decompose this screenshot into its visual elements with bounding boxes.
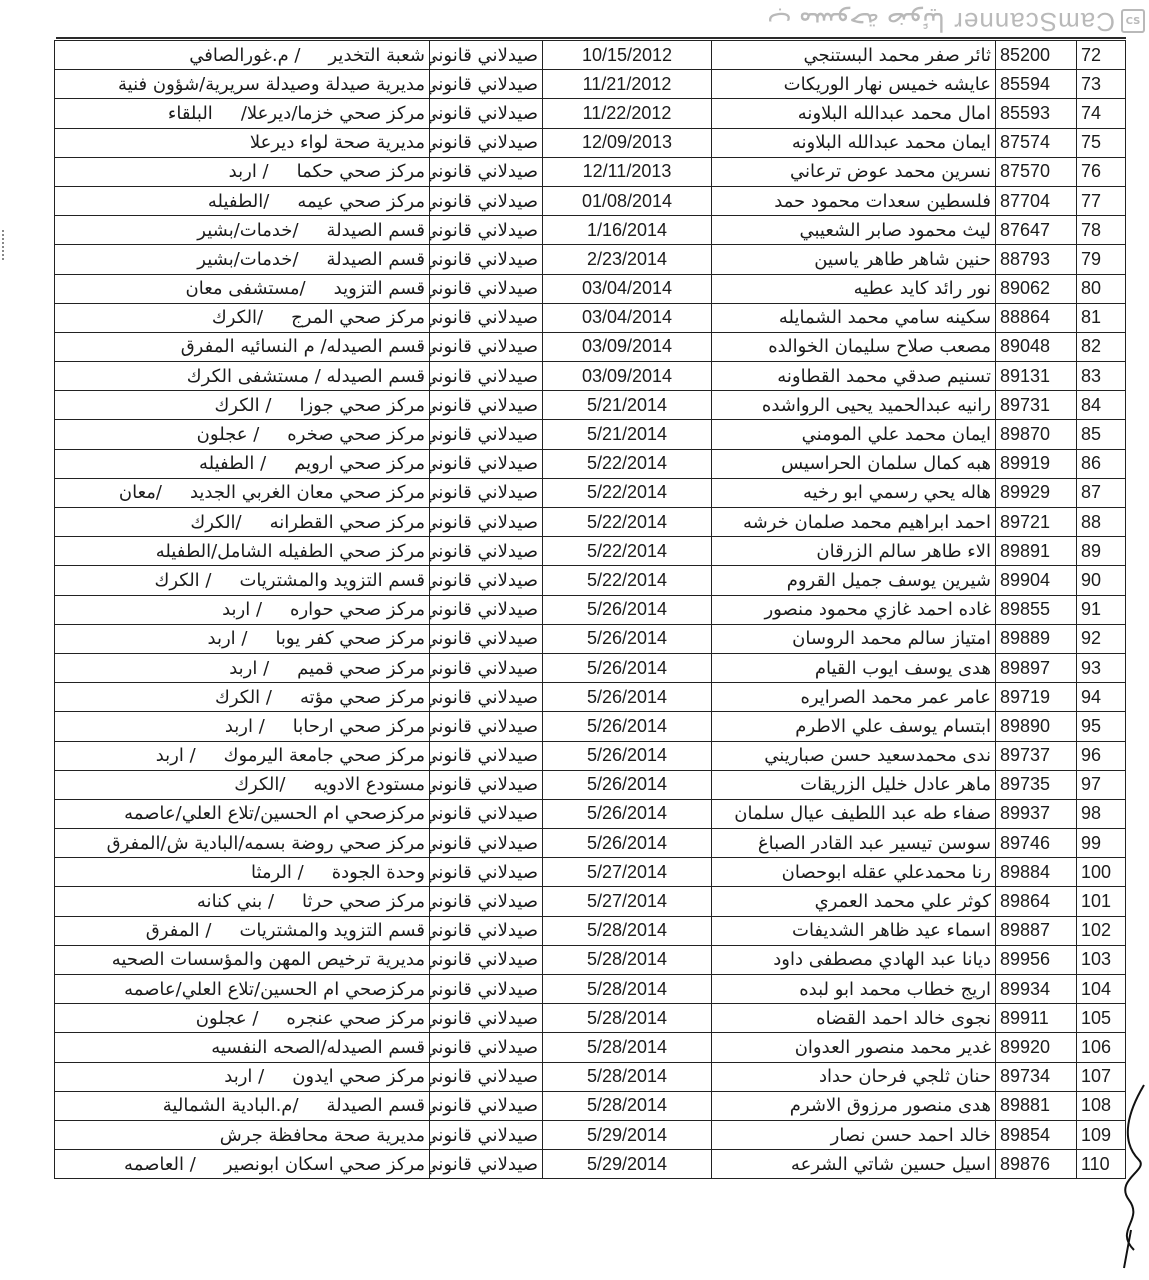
table-row: 82 89048 مصعب صلاح سليمان الخوالده 03/09… (55, 332, 1126, 361)
employee-name-cell: نسرين محمد عوض ترعاني (712, 157, 996, 186)
workplace-cell: مركز صحي خزما/ديرعلا/البلقاء (55, 99, 430, 128)
employee-name-cell: الاء طاهر سالم الزرقان (712, 537, 996, 566)
row-index-cell: 106 (1077, 1033, 1126, 1062)
workplace-cell: مركزصحي ام الحسين/تلاع العلي/عاصمه (55, 975, 430, 1004)
employee-name-cell: امال محمد عبدالله البلاونه (712, 99, 996, 128)
row-index-cell: 81 (1077, 303, 1126, 332)
employee-name-cell: ديانا عبد الهادي مصطفى داود (712, 945, 996, 974)
table-row: 99 89746 سوسن تيسير عبد القادر الصباغ 5/… (55, 829, 1126, 858)
appointment-date-cell: 5/27/2014 (543, 887, 712, 916)
appointment-date-cell: 5/26/2014 (543, 653, 712, 682)
appointment-date-cell: 5/28/2014 (543, 1004, 712, 1033)
workplace-location: / اربد (222, 599, 262, 620)
employee-number-cell: 89131 (996, 362, 1077, 391)
row-index-cell: 83 (1077, 362, 1126, 391)
employee-number-cell: 89721 (996, 508, 1077, 537)
workplace-cell: قسم التزويد والمشتريات/ الكرك (55, 566, 430, 595)
employee-number-cell: 87647 (996, 216, 1077, 245)
employee-number-cell: 89889 (996, 624, 1077, 653)
job-title-cell: صيدلاني قانوني (430, 99, 543, 128)
workplace-unit: مركز صحي حواره (290, 599, 425, 620)
workplace-unit: مركز صحي قميم (297, 658, 425, 679)
appointment-date-cell: 5/22/2014 (543, 566, 712, 595)
job-title-cell: صيدلاني قانوني (430, 770, 543, 799)
table-row: 85 89870 ايمان محمد علي المومني 5/21/201… (55, 420, 1126, 449)
employee-name-cell: كوثر علي محمد العمري (712, 887, 996, 916)
workplace-location: / اربد (229, 161, 269, 182)
appointment-date-cell: 5/28/2014 (543, 1091, 712, 1120)
table-row: 77 87704 فلسطين سعدات محمود حمد 01/08/20… (55, 186, 1126, 215)
workplace-location: /معان (119, 482, 162, 503)
employee-number-cell: 88864 (996, 303, 1077, 332)
workplace-cell: مركز صحي حكما/ اربد (55, 157, 430, 186)
job-title-cell: صيدلاني قانوني (430, 274, 543, 303)
appointment-date-cell: 5/27/2014 (543, 858, 712, 887)
table-row: 80 89062 نور رائد كايد عطيه 03/04/2014 ص… (55, 274, 1126, 303)
employee-number-cell: 89735 (996, 770, 1077, 799)
table-row: 78 87647 ليث محمود صابر الشعيبي 1/16/201… (55, 216, 1126, 245)
employee-name-cell: ابتسام يوسف علي الاطرم (712, 712, 996, 741)
workplace-cell: مستودع الادويه/الكرك (55, 770, 430, 799)
row-index-cell: 85 (1077, 420, 1126, 449)
table-row: 97 89735 ماهر عادل خليل الزريقات 5/26/20… (55, 770, 1126, 799)
employee-number-cell: 89719 (996, 683, 1077, 712)
appointment-date-cell: 5/22/2014 (543, 537, 712, 566)
employee-number-cell: 89911 (996, 1004, 1077, 1033)
table-row: 73 85594 عايشه خميس نهار الوريكات 11/21/… (55, 70, 1126, 99)
table-row: 94 89719 عامر عمر محمد الصرايره 5/26/201… (55, 683, 1126, 712)
workplace-unit: مديرية صحة لواء ديرعلا (250, 132, 425, 153)
employee-number-cell: 89854 (996, 1120, 1077, 1149)
employee-name-cell: نور رائد كايد عطيه (712, 274, 996, 303)
table-row: 91 89855 غاده احمد غازي محمود منصور 5/26… (55, 595, 1126, 624)
appointment-date-cell: 1/16/2014 (543, 216, 712, 245)
employee-name-cell: اسيل حسين شاتي الشرعه (712, 1150, 996, 1179)
row-index-cell: 79 (1077, 245, 1126, 274)
workplace-unit: مركز صحي القطرانه (270, 512, 425, 533)
row-index-cell: 93 (1077, 653, 1126, 682)
table-row: 109 89854 خالد احمد حسن نصار 5/29/2014 ص… (55, 1120, 1126, 1149)
row-index-cell: 76 (1077, 157, 1126, 186)
employee-name-cell: احمد ابراهيم محمد صلمان خرشه (712, 508, 996, 537)
appointment-date-cell: 5/29/2014 (543, 1150, 712, 1179)
table-row: 86 89919 هبه كمال سلمان الحراسيس 5/22/20… (55, 449, 1126, 478)
appointment-date-cell: 03/09/2014 (543, 362, 712, 391)
job-title-cell: صيدلاني قانوني (430, 1120, 543, 1149)
table-row: 81 88864 سكينه سامي محمد الشمايله 03/04/… (55, 303, 1126, 332)
scan-margin-marks (2, 230, 10, 260)
workplace-unit: قسم الصيدله/الصحه النفسيه (211, 1037, 425, 1058)
row-index-cell: 87 (1077, 478, 1126, 507)
workplace-cell: مركز صحي ارويم/ الطفيله (55, 449, 430, 478)
workplace-unit: مركز صحي حكما (297, 161, 425, 182)
employee-name-cell: رنا محمدعلي عقله ابوحصان (712, 858, 996, 887)
employee-number-cell: 89731 (996, 391, 1077, 420)
appointment-date-cell: 03/09/2014 (543, 332, 712, 361)
appointment-date-cell: 5/28/2014 (543, 1062, 712, 1091)
workplace-cell: مركز صحي مؤته/ الكرك (55, 683, 430, 712)
handwritten-signature-icon (1109, 1080, 1149, 1270)
workplace-location: / العاصمه (124, 1154, 196, 1175)
appointment-date-cell: 5/26/2014 (543, 712, 712, 741)
appointment-date-cell: 5/22/2014 (543, 508, 712, 537)
employee-name-cell: امتياز سالم محمد الروسان (712, 624, 996, 653)
row-index-cell: 103 (1077, 945, 1126, 974)
employee-number-cell: 89876 (996, 1150, 1077, 1179)
row-index-cell: 77 (1077, 186, 1126, 215)
workplace-cell: مركز صحي حرثا/ بني كنانه (55, 887, 430, 916)
employee-name-cell: نجوى خالد احمد القضاه (712, 1004, 996, 1033)
appointment-date-cell: 5/28/2014 (543, 1033, 712, 1062)
workplace-unit: مديرية صيدلة وصيدلة سريرية/شؤون فنية (118, 74, 425, 95)
job-title-cell: صيدلاني قانوني (430, 1091, 543, 1120)
row-index-cell: 102 (1077, 916, 1126, 945)
employee-number-cell: 85200 (996, 41, 1077, 70)
workplace-cell: قسم الصيدله/ م النسائيه المفرق (55, 332, 430, 361)
workplace-cell: مركز صحي المرج/الكرك (55, 303, 430, 332)
row-index-cell: 99 (1077, 829, 1126, 858)
job-title-cell: صيدلاني قانوني (430, 653, 543, 682)
workplace-unit: مركز صحي جوزا (299, 395, 425, 416)
row-index-cell: 97 (1077, 770, 1126, 799)
appointment-date-cell: 10/15/2012 (543, 41, 712, 70)
table-row: 87 89929 هاله يحي رسمي ابو رخيه 5/22/201… (55, 478, 1126, 507)
workplace-location: / الكرك (214, 395, 271, 416)
appointment-date-cell: 12/09/2013 (543, 128, 712, 157)
workplace-cell: مركز صحي جامعة اليرموك/ اربد (55, 741, 430, 770)
workplace-unit: مركز صحي مؤته (300, 687, 425, 708)
appointment-date-cell: 5/28/2014 (543, 916, 712, 945)
employee-name-cell: رانيه عبدالحميد يحيى الرواشده (712, 391, 996, 420)
job-title-cell: صيدلاني قانوني (430, 595, 543, 624)
job-title-cell: صيدلاني قانوني (430, 391, 543, 420)
table-row: 88 89721 احمد ابراهيم محمد صلمان خرشه 5/… (55, 508, 1126, 537)
job-title-cell: صيدلاني قانوني (430, 916, 543, 945)
employee-number-cell: 89746 (996, 829, 1077, 858)
table-row: 84 89731 رانيه عبدالحميد يحيى الرواشده 5… (55, 391, 1126, 420)
workplace-location: / اربد (208, 628, 248, 649)
employee-name-cell: فلسطين سعدات محمود حمد (712, 186, 996, 215)
job-title-cell: صيدلاني قانوني (430, 858, 543, 887)
workplace-cell: مركز صحي روضة بسمه/البادية ش/المفرق (55, 829, 430, 858)
appointment-date-cell: 03/04/2014 (543, 303, 712, 332)
employee-number-cell: 89920 (996, 1033, 1077, 1062)
row-index-cell: 94 (1077, 683, 1126, 712)
employee-number-cell: 89934 (996, 975, 1077, 1004)
table-row: 79 88793 حنين شاهر طاهر ياسين 2/23/2014 … (55, 245, 1126, 274)
workplace-unit: قسم التزويد (334, 278, 425, 299)
table-row: 90 89904 شيرين يوسف جميل القروم 5/22/201… (55, 566, 1126, 595)
job-title-cell: صيدلاني قانوني (430, 741, 543, 770)
workplace-cell: وحدة الجودة/ الرمثا (55, 858, 430, 887)
job-title-cell: صيدلاني قانوني (430, 420, 543, 449)
job-title-cell: صيدلاني قانوني (430, 1033, 543, 1062)
employee-number-cell: 89904 (996, 566, 1077, 595)
workplace-cell: قسم التزويد والمشتريات/ المفرق (55, 916, 430, 945)
appointment-date-cell: 5/26/2014 (543, 683, 712, 712)
job-title-cell: صيدلاني قانوني (430, 1062, 543, 1091)
workplace-unit: مركز صحي ايدون (292, 1066, 425, 1087)
workplace-location: / اربد (225, 716, 265, 737)
workplace-unit: مركز صحي الطفيله الشامل/الطفيله (156, 541, 425, 562)
workplace-location: / م.غورالصافي (189, 45, 300, 66)
job-title-cell: صيدلاني قانوني (430, 303, 543, 332)
employee-number-cell: 85593 (996, 99, 1077, 128)
row-index-cell: 74 (1077, 99, 1126, 128)
row-index-cell: 75 (1077, 128, 1126, 157)
table-row: 96 89737 ندى محمدسعيد حسن صباريني 5/26/2… (55, 741, 1126, 770)
appointment-date-cell: 11/21/2012 (543, 70, 712, 99)
workplace-unit: مستودع الادويه (313, 774, 425, 795)
appointment-date-cell: 03/04/2014 (543, 274, 712, 303)
job-title-cell: صيدلاني قانوني (430, 245, 543, 274)
appointment-date-cell: 5/26/2014 (543, 595, 712, 624)
workplace-cell: قسم التزويد/مستشفى معان (55, 274, 430, 303)
camscanner-logo-icon: CS (1121, 10, 1145, 34)
table-row: 72 85200 ثائر صفر محمد البستنجي 10/15/20… (55, 41, 1126, 70)
job-title-cell: صيدلاني قانوني (430, 128, 543, 157)
workplace-cell: قسم الصيدلة/خدمات/بشير (55, 216, 430, 245)
table-row: 95 89890 ابتسام يوسف علي الاطرم 5/26/201… (55, 712, 1126, 741)
table-row: 104 89934 اريج خطاب محمد ابو لبده 5/28/2… (55, 975, 1126, 1004)
employee-number-cell: 89062 (996, 274, 1077, 303)
job-title-cell: صيدلاني قانوني (430, 1150, 543, 1179)
row-index-cell: 72 (1077, 41, 1126, 70)
job-title-cell: صيدلاني قانوني (430, 799, 543, 828)
job-title-cell: صيدلاني قانوني (430, 186, 543, 215)
employee-name-cell: ايمان محمد علي المومني (712, 420, 996, 449)
workplace-unit: مركز صحي اسكان ابونصير (224, 1154, 425, 1175)
employee-name-cell: اسماء عيد ظاهر الشديفات (712, 916, 996, 945)
employee-number-cell: 89956 (996, 945, 1077, 974)
workplace-unit: قسم التزويد والمشتريات (239, 920, 425, 941)
table-row: 92 89889 امتياز سالم محمد الروسان 5/26/2… (55, 624, 1126, 653)
employee-number-cell: 89937 (996, 799, 1077, 828)
employee-name-cell: ندى محمدسعيد حسن صباريني (712, 741, 996, 770)
workplace-cell: مركز صحي حواره/ اربد (55, 595, 430, 624)
appointment-date-cell: 5/21/2014 (543, 391, 712, 420)
employee-name-cell: هبه كمال سلمان الحراسيس (712, 449, 996, 478)
table-row: 74 85593 امال محمد عبدالله البلاونه 11/2… (55, 99, 1126, 128)
row-index-cell: 86 (1077, 449, 1126, 478)
row-index-cell: 101 (1077, 887, 1126, 916)
row-index-cell: 84 (1077, 391, 1126, 420)
workplace-cell: مديرية صحة محافظة جرش (55, 1120, 430, 1149)
workplace-cell: مركز صحي قميم/ اربد (55, 653, 430, 682)
employee-name-cell: مصعب صلاح سليمان الخوالده (712, 332, 996, 361)
row-index-cell: 73 (1077, 70, 1126, 99)
employee-name-cell: هدى يوسف ايوب القيام (712, 653, 996, 682)
table-row: 83 89131 تسنيم صدقي محمد القطاونه 03/09/… (55, 362, 1126, 391)
workplace-location: / المفرق (146, 920, 212, 941)
employee-number-cell: 89891 (996, 537, 1077, 566)
workplace-location: / عجلون (196, 1008, 259, 1029)
workplace-location: / بني كنانه (197, 891, 274, 912)
camscanner-watermark: CamScanner ب مسوحة ضوئيا CS (767, 6, 1145, 37)
pharmacist-roster-table: 72 85200 ثائر صفر محمد البستنجي 10/15/20… (54, 40, 1126, 1179)
employee-name-cell: اريج خطاب محمد ابو لبده (712, 975, 996, 1004)
employee-number-cell: 89737 (996, 741, 1077, 770)
employee-name-cell: سكينه سامي محمد الشمايله (712, 303, 996, 332)
row-index-cell: 89 (1077, 537, 1126, 566)
workplace-location: /الكرك (190, 512, 241, 533)
table-row: 103 89956 ديانا عبد الهادي مصطفى داود 5/… (55, 945, 1126, 974)
table-row: 107 89734 حنان ثلجي فرحان حداد 5/28/2014… (55, 1062, 1126, 1091)
employee-number-cell: 89855 (996, 595, 1077, 624)
workplace-unit: شعبة التخدير (329, 45, 426, 66)
row-index-cell: 100 (1077, 858, 1126, 887)
table-row: 76 87570 نسرين محمد عوض ترعاني 12/11/201… (55, 157, 1126, 186)
workplace-cell: مركز صحي اسكان ابونصير/ العاصمه (55, 1150, 430, 1179)
row-index-cell: 95 (1077, 712, 1126, 741)
appointment-date-cell: 5/22/2014 (543, 449, 712, 478)
workplace-unit: مركزصحي ام الحسين/تلاع العلي/عاصمه (124, 803, 425, 824)
appointment-date-cell: 12/11/2013 (543, 157, 712, 186)
job-title-cell: صيدلاني قانوني (430, 566, 543, 595)
appointment-date-cell: 5/28/2014 (543, 975, 712, 1004)
employee-name-cell: خالد احمد حسن نصار (712, 1120, 996, 1149)
table-row: 102 89887 اسماء عيد ظاهر الشديفات 5/28/2… (55, 916, 1126, 945)
workplace-unit: مركز صحي جامعة اليرموك (224, 745, 425, 766)
employee-name-cell: تسنيم صدقي محمد القطاونه (712, 362, 996, 391)
employee-number-cell: 89897 (996, 653, 1077, 682)
employee-name-cell: عايشه خميس نهار الوريكات (712, 70, 996, 99)
employee-number-cell: 89929 (996, 478, 1077, 507)
job-title-cell: صيدلاني قانوني (430, 362, 543, 391)
table-row: 89 89891 الاء طاهر سالم الزرقان 5/22/201… (55, 537, 1126, 566)
employee-number-cell: 87704 (996, 186, 1077, 215)
employee-number-cell: 89919 (996, 449, 1077, 478)
workplace-cell: قسم الصيدلة/خدمات/بشير (55, 245, 430, 274)
workplace-unit: مركز صحي ارويم (294, 453, 425, 474)
workplace-unit: مركز صحي معان الغربي الجديد (190, 482, 425, 503)
watermark-text: CamScanner ب مسوحة ضوئيا (767, 6, 1115, 37)
table-row: 110 89876 اسيل حسين شاتي الشرعه 5/29/201… (55, 1150, 1126, 1179)
workplace-location: /خدمات/بشير (197, 249, 298, 270)
workplace-unit: مركز صحي عيمه (297, 191, 425, 212)
appointment-date-cell: 5/26/2014 (543, 829, 712, 858)
job-title-cell: صيدلاني قانوني (430, 332, 543, 361)
workplace-unit: وحدة الجودة (332, 862, 425, 883)
workplace-cell: قسم الصيدلة/م.البادية الشمالية (55, 1091, 430, 1120)
workplace-unit: مديرية ترخيص المهن والمؤسسات الصحيه (112, 949, 425, 970)
employee-name-cell: صفاء طه عبد اللطيف عيال سلمان (712, 799, 996, 828)
job-title-cell: صيدلاني قانوني (430, 945, 543, 974)
workplace-cell: مركز صحي جوزا/ الكرك (55, 391, 430, 420)
job-title-cell: صيدلاني قانوني (430, 712, 543, 741)
employee-number-cell: 89887 (996, 916, 1077, 945)
row-index-cell: 98 (1077, 799, 1126, 828)
workplace-unit: قسم التزويد والمشتريات (239, 570, 425, 591)
employee-number-cell: 85594 (996, 70, 1077, 99)
job-title-cell: صيدلاني قانوني (430, 1004, 543, 1033)
employee-name-cell: غدير محمد منصور العدوان (712, 1033, 996, 1062)
row-index-cell: 78 (1077, 216, 1126, 245)
job-title-cell: صيدلاني قانوني (430, 478, 543, 507)
employee-number-cell: 89890 (996, 712, 1077, 741)
workplace-location: / الكرك (215, 687, 272, 708)
job-title-cell: صيدلاني قانوني (430, 508, 543, 537)
employee-name-cell: غاده احمد غازي محمود منصور (712, 595, 996, 624)
job-title-cell: صيدلاني قانوني (430, 41, 543, 70)
employee-number-cell: 88793 (996, 245, 1077, 274)
workplace-location: / عجلون (197, 424, 260, 445)
table-row: 106 89920 غدير محمد منصور العدوان 5/28/2… (55, 1033, 1126, 1062)
table-row: 98 89937 صفاء طه عبد اللطيف عيال سلمان 5… (55, 799, 1126, 828)
workplace-cell: شعبة التخدير/ م.غورالصافي (55, 41, 430, 70)
appointment-date-cell: 5/26/2014 (543, 624, 712, 653)
table-row: 100 89884 رنا محمدعلي عقله ابوحصان 5/27/… (55, 858, 1126, 887)
workplace-cell: مركز صحي صخره/ عجلون (55, 420, 430, 449)
workplace-unit: مركزصحي ام الحسين/تلاع العلي/عاصمه (124, 979, 425, 1000)
employee-number-cell: 89881 (996, 1091, 1077, 1120)
job-title-cell: صيدلاني قانوني (430, 216, 543, 245)
employee-name-cell: هاله يحي رسمي ابو رخيه (712, 478, 996, 507)
row-index-cell: 90 (1077, 566, 1126, 595)
workplace-cell: مركز صحي معان الغربي الجديد/معان (55, 478, 430, 507)
workplace-unit: مركز صحي كفر يوبا (275, 628, 425, 649)
appointment-date-cell: 01/08/2014 (543, 186, 712, 215)
row-index-cell: 91 (1077, 595, 1126, 624)
workplace-location: / الرمثا (251, 862, 304, 883)
workplace-location: البلقاء (168, 103, 213, 124)
job-title-cell: صيدلاني قانوني (430, 975, 543, 1004)
employee-name-cell: حنان ثلجي فرحان حداد (712, 1062, 996, 1091)
workplace-unit: قسم الصيدلة (327, 220, 425, 241)
workplace-unit: قسم الصيدلة (327, 1095, 425, 1116)
employee-name-cell: هدى منصور مرزوق الاشرم (712, 1091, 996, 1120)
job-title-cell: صيدلاني قانوني (430, 624, 543, 653)
workplace-location: / الطفيله (199, 453, 266, 474)
employee-number-cell: 89864 (996, 887, 1077, 916)
appointment-date-cell: 2/23/2014 (543, 245, 712, 274)
employee-number-cell: 89734 (996, 1062, 1077, 1091)
workplace-cell: مركز صحي عنجره/ عجلون (55, 1004, 430, 1033)
workplace-unit: قسم الصيدله/ م النسائيه المفرق (181, 336, 425, 357)
appointment-date-cell: 5/26/2014 (543, 741, 712, 770)
workplace-cell: مديرية ترخيص المهن والمؤسسات الصحيه (55, 945, 430, 974)
appointment-date-cell: 5/29/2014 (543, 1120, 712, 1149)
workplace-unit: مركز صحي صخره (287, 424, 425, 445)
job-title-cell: صيدلاني قانوني (430, 537, 543, 566)
workplace-cell: قسم الصيدله/الصحه النفسيه (55, 1033, 430, 1062)
appointment-date-cell: 5/22/2014 (543, 478, 712, 507)
row-index-cell: 92 (1077, 624, 1126, 653)
workplace-cell: مركز صحي عيمه/الطفيله (55, 186, 430, 215)
employee-number-cell: 89870 (996, 420, 1077, 449)
table-row: 105 89911 نجوى خالد احمد القضاه 5/28/201… (55, 1004, 1126, 1033)
job-title-cell: صيدلاني قانوني (430, 683, 543, 712)
row-index-cell: 82 (1077, 332, 1126, 361)
row-index-cell: 104 (1077, 975, 1126, 1004)
appointment-date-cell: 5/26/2014 (543, 799, 712, 828)
job-title-cell: صيدلاني قانوني (430, 157, 543, 186)
workplace-unit: مركز صحي خزما/ديرعلا/ (241, 103, 425, 124)
employee-number-cell: 89048 (996, 332, 1077, 361)
workplace-unit: مركز صحي عنجره (286, 1008, 425, 1029)
workplace-location: / اربد (224, 1066, 264, 1087)
employee-name-cell: ماهر عادل خليل الزريقات (712, 770, 996, 799)
employee-name-cell: حنين شاهر طاهر ياسين (712, 245, 996, 274)
workplace-cell: مديرية صيدلة وصيدلة سريرية/شؤون فنية (55, 70, 430, 99)
workplace-unit: مديرية صحة محافظة جرش (220, 1125, 425, 1146)
workplace-unit: قسم الصيدله / مستشفى الكرك (187, 366, 425, 387)
workplace-location: /الطفيله (208, 191, 269, 212)
job-title-cell: صيدلاني قانوني (430, 449, 543, 478)
workplace-location: / اربد (156, 745, 196, 766)
appointment-date-cell: 5/21/2014 (543, 420, 712, 449)
row-index-cell: 80 (1077, 274, 1126, 303)
